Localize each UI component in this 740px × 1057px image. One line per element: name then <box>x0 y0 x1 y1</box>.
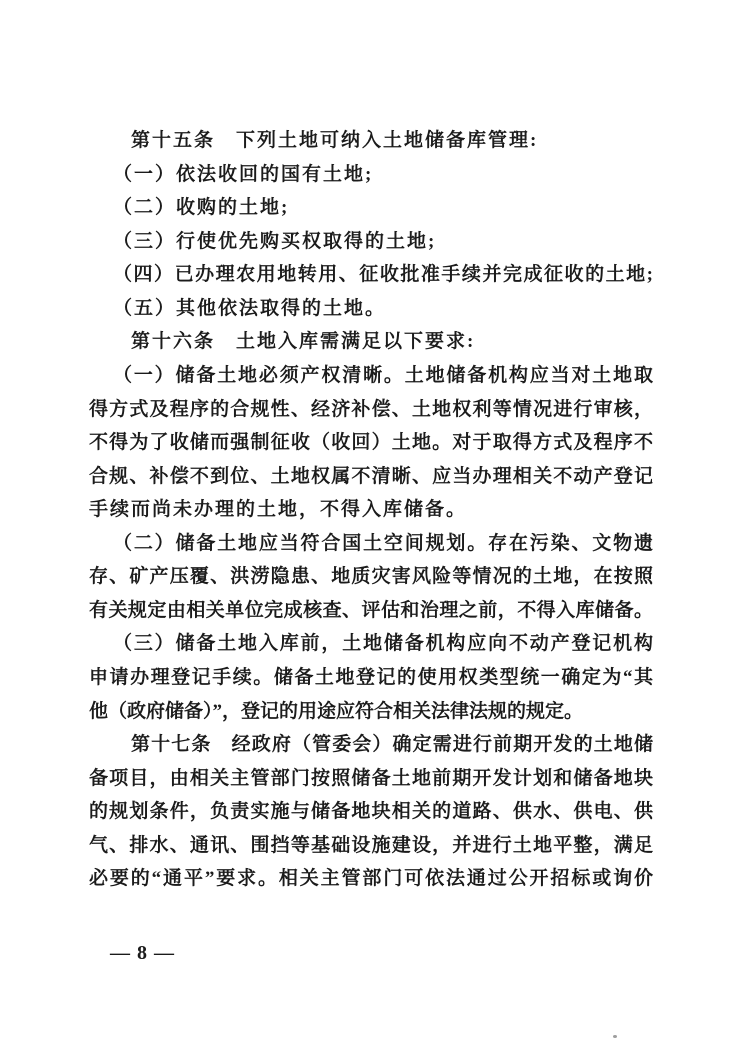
text-line: 手续而尚未办理的土地，不得入库储备。 <box>89 493 653 527</box>
text-line: 第十六条 土地入库需满足以下要求: <box>89 325 653 359</box>
text-line: （三）行使优先购买权取得的土地; <box>89 225 653 259</box>
text-line: 第十五条 下列土地可纳入土地储备库管理: <box>89 124 653 158</box>
document-page: 第十五条 下列土地可纳入土地储备库管理:（一）依法收回的国有土地;（二）收购的土… <box>0 0 740 1057</box>
text-line: （二）收购的土地; <box>89 191 653 225</box>
text-line: 必要的“通平”要求。相关主管部门可依法通过公开招标或询价 <box>89 862 653 896</box>
text-line: 他（政府储备）”，登记的用途应符合相关法律法规的规定。 <box>89 695 653 729</box>
text-line: 第十七条 经政府（管委会）确定需进行前期开发的土地储 <box>89 728 653 762</box>
text-line: （三）储备土地入库前，土地储备机构应向不动产登记机构 <box>89 627 653 661</box>
text-line: （一）储备土地必须产权清晰。土地储备机构应当对土地取 <box>89 359 653 393</box>
text-line: 申请办理登记手续。储备土地登记的使用权类型统一确定为“其 <box>89 661 653 695</box>
text-line: （一）依法收回的国有土地; <box>89 158 653 192</box>
text-line: 不得为了收储而强制征收（收回）土地。对于取得方式及程序不 <box>89 426 653 460</box>
page-number: — 8 — <box>110 942 175 965</box>
text-line: （四）已办理农用地转用、征收批准手续并完成征收的土地; <box>89 258 653 292</box>
text-line: 存、矿产压覆、洪涝隐患、地质灾害风险等情况的土地，在按照 <box>89 560 653 594</box>
text-line: （二）储备土地应当符合国土空间规划。存在污染、文物遗 <box>89 527 653 561</box>
text-line: 的规划条件，负责实施与储备地块相关的道路、供水、供电、供 <box>89 795 653 829</box>
text-line: 备项目，由相关主管部门按照储备土地前期开发计划和储备地块 <box>89 762 653 796</box>
scan-speck <box>613 1035 617 1038</box>
document-body: 第十五条 下列土地可纳入土地储备库管理:（一）依法收回的国有土地;（二）收购的土… <box>89 124 653 896</box>
text-line: 合规、补偿不到位、土地权属不清晰、应当办理相关不动产登记 <box>89 460 653 494</box>
text-line: （五）其他依法取得的土地。 <box>89 292 653 326</box>
text-line: 气、排水、通讯、围挡等基础设施建设，并进行土地平整，满足 <box>89 829 653 863</box>
text-line: 得方式及程序的合规性、经济补偿、土地权利等情况进行审核， <box>89 393 653 427</box>
text-line: 有关规定由相关单位完成核查、评估和治理之前，不得入库储备。 <box>89 594 653 628</box>
